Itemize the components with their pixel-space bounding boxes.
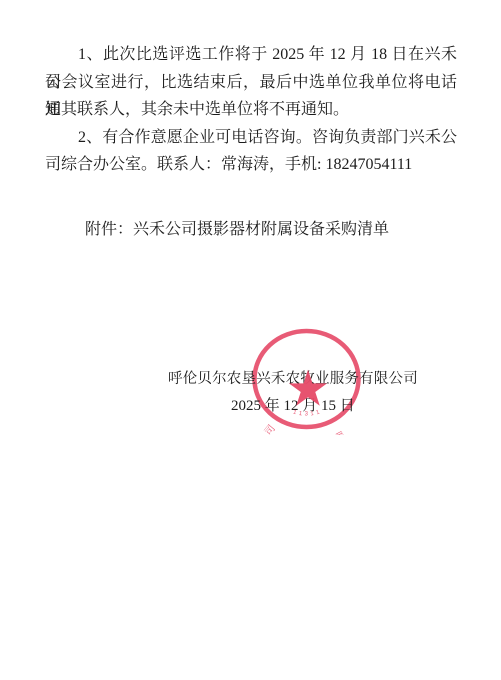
- attachment-line: 附件：兴禾公司摄影器材附属设备采购清单: [45, 216, 389, 244]
- paragraph-2-line-1: 2、有合作意愿企业可电话咨询。咨询负责部门兴禾公: [45, 124, 457, 152]
- paragraph-2-line-2: 司综合办公室。联系人：常海涛，手机: 18247054111: [45, 151, 457, 179]
- star-shape: [289, 370, 327, 406]
- paragraph-1-line-2: 司会议室进行，比选结束后，最后中选单位我单位将电话通: [45, 69, 457, 97]
- body-text: 1、此次比选评选工作将于 2025 年 12 月 18 日在兴禾公 司会议室进行…: [45, 41, 457, 179]
- document-page: 1、此次比选评选工作将于 2025 年 12 月 18 日在兴禾公 司会议室进行…: [0, 0, 501, 680]
- paragraph-1-line-1: 1、此次比选评选工作将于 2025 年 12 月 18 日在兴禾公: [45, 41, 457, 69]
- paragraph-1-line-3: 知其联系人，其余未中选单位将不再通知。: [45, 96, 457, 124]
- star-icon: [286, 369, 330, 409]
